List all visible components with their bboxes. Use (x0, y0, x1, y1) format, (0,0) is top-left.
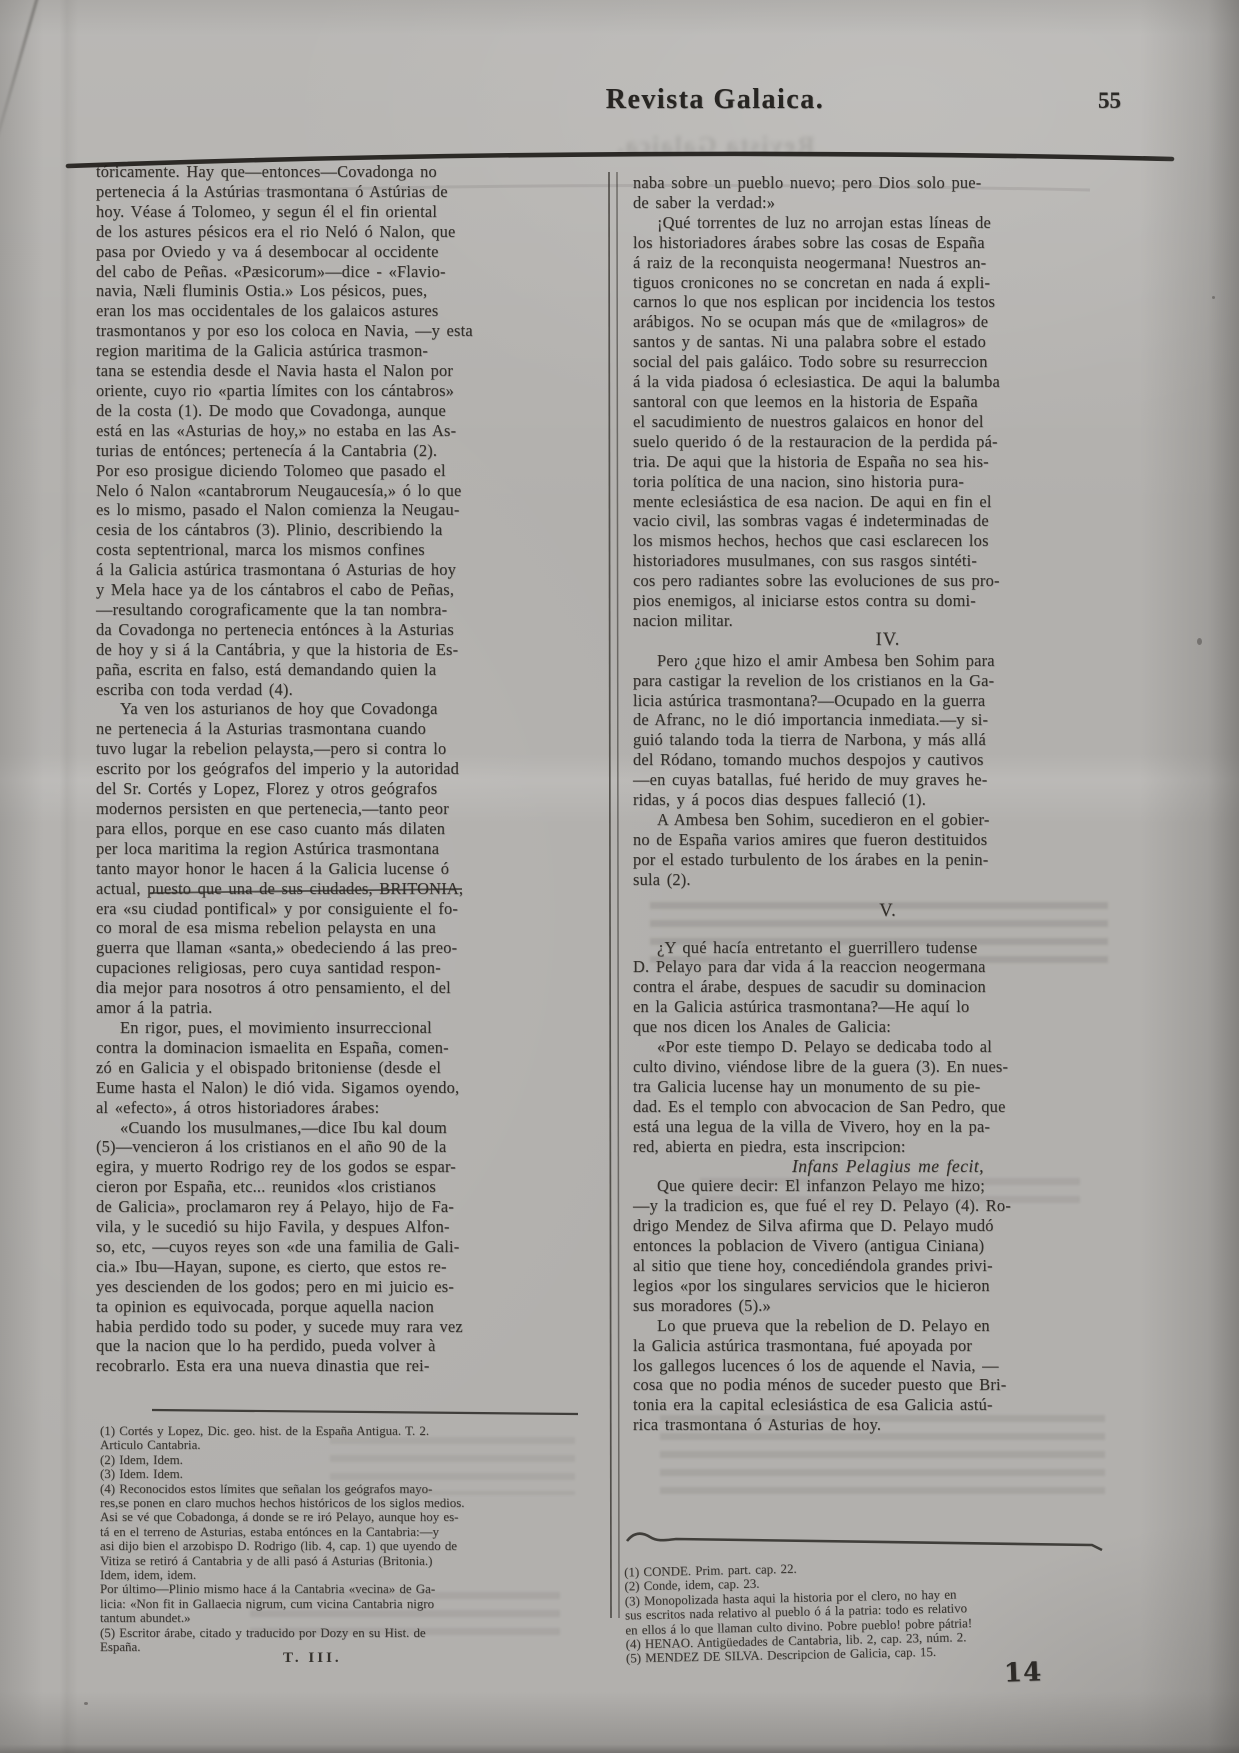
paragraph: A Ambesa ben Sohim, sucedieron en el gob… (633, 810, 1143, 890)
column-divider-rule (617, 172, 619, 1618)
paragraph: ¡Qué torrentes de luz no arrojan estas l… (633, 213, 1143, 631)
handstamped-page-number: 14 (1003, 1657, 1042, 1688)
paragraph: ¿Y qué hacía entretanto el guerrillero t… (633, 938, 1143, 1038)
paragraph: naba sobre un pueblo nuevo; pero Dios so… (633, 173, 1143, 213)
paragraph: En rigor, pues, el movimiento insurrecci… (96, 1018, 588, 1118)
section-heading-iv: IV. (633, 631, 1143, 651)
paragraph: Ya ven los asturianos de hoy que Covadon… (96, 699, 588, 1018)
ink-speck (1197, 638, 1202, 645)
section-heading-v: V. (633, 902, 1143, 922)
paragraph: «Por este tiempo D. Pelayo se dedicaba t… (633, 1037, 1143, 1156)
paragraph: Lo que prueva que la rebelion de D. Pela… (633, 1316, 1143, 1435)
volume-signature-mark: T. III. (283, 1650, 342, 1667)
masthead-bleed-through: Revista Galaica. (440, 133, 990, 160)
right-column-footnotes: (1) CONDE. Prim. part. cap. 22. (2) Cond… (624, 1555, 1146, 1667)
right-footnote-separator (627, 1534, 1102, 1550)
column-divider-rule (609, 172, 611, 1618)
paragraph: Que quiere decir: El infanzon Pelayo me … (633, 1176, 1143, 1315)
right-column: naba sobre un pueblo nuevo; pero Dios so… (633, 173, 1143, 1435)
publication-title: Revista Galaica. (440, 84, 990, 116)
ink-speck (1212, 296, 1215, 299)
left-footnote-separator (152, 1410, 578, 1414)
paragraph: Pero ¿que hizo el amir Ambesa ben Sohim … (633, 651, 1143, 810)
ink-speck (84, 1702, 88, 1705)
left-column: tóricamente. Hay que—entonces—Covadonga … (96, 162, 588, 1376)
paragraph: «Cuando los musulmanes,—dice Ibu kal dou… (96, 1118, 588, 1377)
left-column-footnotes: (1) Cortés y Lopez, Dic. geo. hist. de l… (100, 1424, 592, 1655)
page-number: 55 (1098, 88, 1168, 114)
scanned-journal-page: Revista Galaica. Revista Galaica. 55 tór… (0, 0, 1239, 1753)
corner-fold-crease (0, 0, 41, 144)
paragraph: tóricamente. Hay que—entonces—Covadonga … (96, 162, 588, 699)
stone-inscription-text: Infans Pelagius me fecit, (633, 1157, 1143, 1177)
